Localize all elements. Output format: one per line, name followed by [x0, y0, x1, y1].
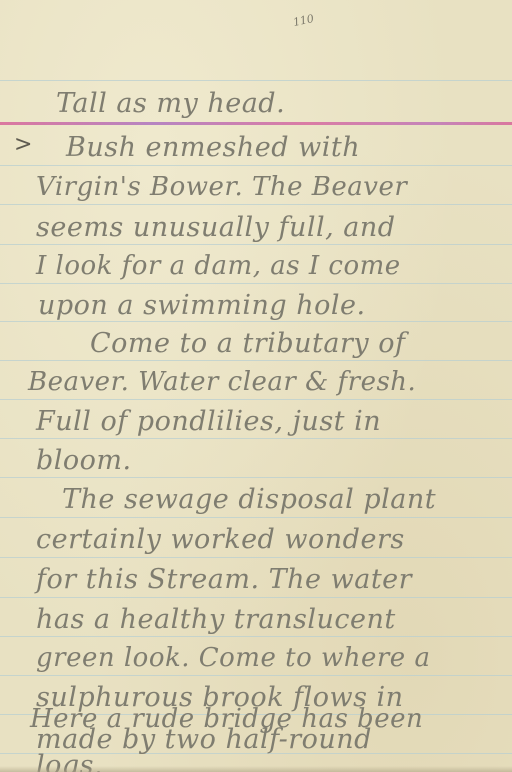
ruled-line [0, 399, 512, 400]
ruled-line [0, 283, 512, 284]
handwritten-line: The sewage disposal plant [62, 486, 436, 513]
handwritten-line: Beaver. Water clear & fresh. [28, 369, 416, 395]
handwritten-line: made by two half-round [36, 726, 372, 753]
ruled-line [0, 557, 512, 558]
ruled-line [0, 321, 512, 322]
ruled-line [0, 477, 512, 478]
handwritten-line: for this Stream. The water [36, 566, 412, 593]
handwritten-line: has a healthy translucent [36, 606, 396, 633]
handwritten-line: certainly worked wonders [36, 526, 405, 553]
page-edge [0, 766, 512, 772]
ruled-line [0, 360, 512, 361]
handwritten-line: Tall as my head. [56, 90, 285, 117]
ruled-line [0, 517, 512, 518]
page-number: 110 [292, 12, 315, 29]
ruled-line [0, 204, 512, 205]
handwritten-line: bloom. [36, 447, 132, 474]
notebook-page: 110 > Tall as my head. Bush enmeshed wit… [0, 0, 512, 772]
ruled-line [0, 165, 512, 166]
ruled-line [0, 438, 512, 439]
handwritten-line: I look for a dam, as I come [36, 253, 401, 279]
handwritten-line: Come to a tributary of [90, 330, 405, 357]
ruled-line [0, 244, 512, 245]
handwritten-line: Full of pondlilies, just in [36, 408, 381, 435]
ruled-line [0, 636, 512, 637]
handwritten-line: upon a swimming hole. [38, 292, 366, 319]
handwritten-line: Bush enmeshed with [66, 134, 360, 161]
ruled-line [0, 80, 512, 81]
margin-mark: > [14, 132, 32, 157]
handwritten-line: seems unusually full, and [36, 214, 396, 241]
ruled-line [0, 597, 512, 598]
margin-rule [0, 122, 512, 125]
handwritten-line: green look. Come to where a [36, 645, 430, 671]
handwritten-line: Virgin's Bower. The Beaver [36, 174, 407, 200]
ruled-line [0, 675, 512, 676]
